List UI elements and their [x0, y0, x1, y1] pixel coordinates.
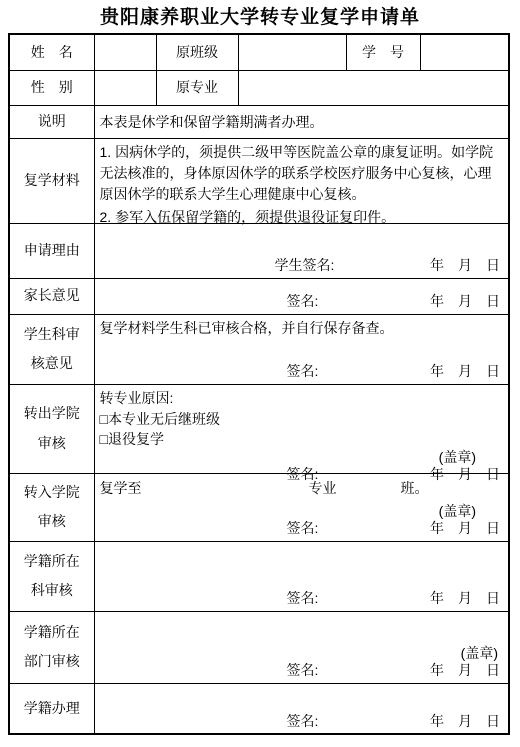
date-placeholder: 年 月 日 — [430, 362, 500, 380]
out-college-option-2-label: 退役复学 — [108, 429, 164, 449]
student-section-cell: 复学材料学生科已审核合格，并自行保存备查。 签名: 年 月 日 — [94, 314, 509, 384]
student-id-label: 学 号 — [346, 34, 420, 70]
registry-section-label: 学籍所在 科审核 — [9, 541, 94, 611]
checkbox-icon: □ — [100, 409, 108, 429]
parent-opinion-write-area — [95, 281, 509, 292]
date-placeholder: 年 月 日 — [430, 519, 500, 537]
sign-label: 签名: — [287, 589, 319, 607]
name-value-field — [94, 34, 156, 70]
in-college-label: 转入学院 审核 — [9, 473, 94, 541]
registry-dept-cell: (盖章) 签名: 年 月 日 — [94, 611, 509, 683]
instructions-text: 本表是休学和保留学籍期满者办理。 — [95, 111, 509, 133]
date-placeholder: 年 月 日 — [430, 292, 500, 310]
resume-to-label: 复学至 — [100, 478, 142, 498]
registry-section-write-area — [95, 544, 509, 589]
student-sign-label: 学生签名: — [275, 256, 335, 274]
in-college-resume-line: 复学至 专业 班。 — [95, 476, 509, 498]
name-label: 姓 名 — [9, 34, 94, 70]
orig-major-value-field — [238, 70, 509, 105]
sign-label: 签名: — [287, 519, 319, 537]
student-section-write-area — [95, 339, 509, 362]
gender-label: 性 别 — [9, 70, 94, 105]
registry-handle-label: 学籍办理 — [9, 683, 94, 734]
registry-dept-label: 学籍所在 部门审核 — [9, 611, 94, 683]
application-form-table: 姓 名 原班级 学 号 性 别 原专业 说明 本表是休学和保留学籍期满者办理。 … — [8, 33, 510, 735]
out-college-option-1-label: 本专业无后继班级 — [108, 409, 220, 429]
date-placeholder: 年 月 日 — [430, 661, 500, 679]
student-section-text: 复学材料学生科已审核合格，并自行保存备查。 — [95, 317, 509, 339]
sign-label: 签名: — [287, 362, 319, 380]
date-placeholder: 年 月 日 — [430, 256, 500, 274]
orig-class-value-field — [238, 34, 346, 70]
apply-reason-sign-line: 学生签名: 年 月 日 — [95, 256, 509, 274]
parent-opinion-sign-line: 签名: 年 月 日 — [95, 292, 509, 310]
student-section-sign-line: 签名: 年 月 日 — [95, 362, 509, 380]
out-college-reason-title: 转专业原因: — [95, 387, 509, 409]
apply-reason-cell: 学生签名: 年 月 日 — [94, 223, 509, 278]
date-placeholder: 年 月 日 — [430, 712, 500, 730]
registry-handle-write-area — [95, 686, 509, 712]
checkbox-icon: □ — [100, 429, 108, 449]
apply-reason-write-area — [95, 226, 509, 256]
registry-handle-sign-line: 签名: 年 月 日 — [95, 712, 509, 730]
orig-major-label: 原专业 — [156, 70, 238, 105]
in-college-seal-hint: (盖章) — [95, 503, 509, 519]
registry-dept-write-area — [95, 614, 509, 645]
out-college-cell: 转专业原因: □ 本专业无后继班级 □ 退役复学 (盖章) 签名: 年 月 日 — [94, 384, 509, 473]
out-college-option-2: □ 退役复学 — [95, 429, 509, 449]
out-college-seal-hint: (盖章) — [95, 449, 509, 465]
registry-handle-cell: 签名: 年 月 日 — [94, 683, 509, 734]
date-placeholder: 年 月 日 — [430, 589, 500, 607]
apply-reason-label: 申请理由 — [9, 223, 94, 278]
student-id-value-field — [420, 34, 509, 70]
sign-label: 签名: — [287, 661, 319, 679]
page-title: 贵阳康养职业大学转专业复学申请单 — [0, 0, 520, 33]
parent-opinion-cell: 签名: 年 月 日 — [94, 278, 509, 314]
student-section-label: 学生科审 核意见 — [9, 314, 94, 384]
in-college-sign-line: 签名: 年 月 日 — [95, 519, 509, 537]
registry-dept-sign-line: 签名: 年 月 日 — [95, 661, 509, 679]
registry-section-sign-line: 签名: 年 月 日 — [95, 589, 509, 607]
parent-opinion-label: 家长意见 — [9, 278, 94, 314]
orig-class-label: 原班级 — [156, 34, 238, 70]
materials-item-1: 1. 因病休学的，须提供二级甲等医院盖公章的康复证明。如学院无法核准的，身体原因… — [95, 141, 509, 206]
sign-label: 签名: — [287, 712, 319, 730]
registry-section-cell: 签名: 年 月 日 — [94, 541, 509, 611]
in-college-cell: 复学至 专业 班。 (盖章) 签名: 年 月 日 — [94, 473, 509, 541]
major-suffix-label: 专业 — [309, 478, 337, 498]
out-college-option-1: □ 本专业无后继班级 — [95, 409, 509, 429]
instructions-label: 说明 — [9, 105, 94, 138]
instructions-cell: 本表是休学和保留学籍期满者办理。 — [94, 105, 509, 138]
materials-cell: 1. 因病休学的，须提供二级甲等医院盖公章的康复证明。如学院无法核准的，身体原因… — [94, 138, 509, 223]
materials-label: 复学材料 — [9, 138, 94, 223]
class-suffix-label: 班。 — [401, 478, 429, 498]
out-college-label: 转出学院 审核 — [9, 384, 94, 473]
registry-dept-seal-hint: (盖章) — [95, 645, 509, 661]
sign-label: 签名: — [287, 292, 319, 310]
gender-value-field — [94, 70, 156, 105]
